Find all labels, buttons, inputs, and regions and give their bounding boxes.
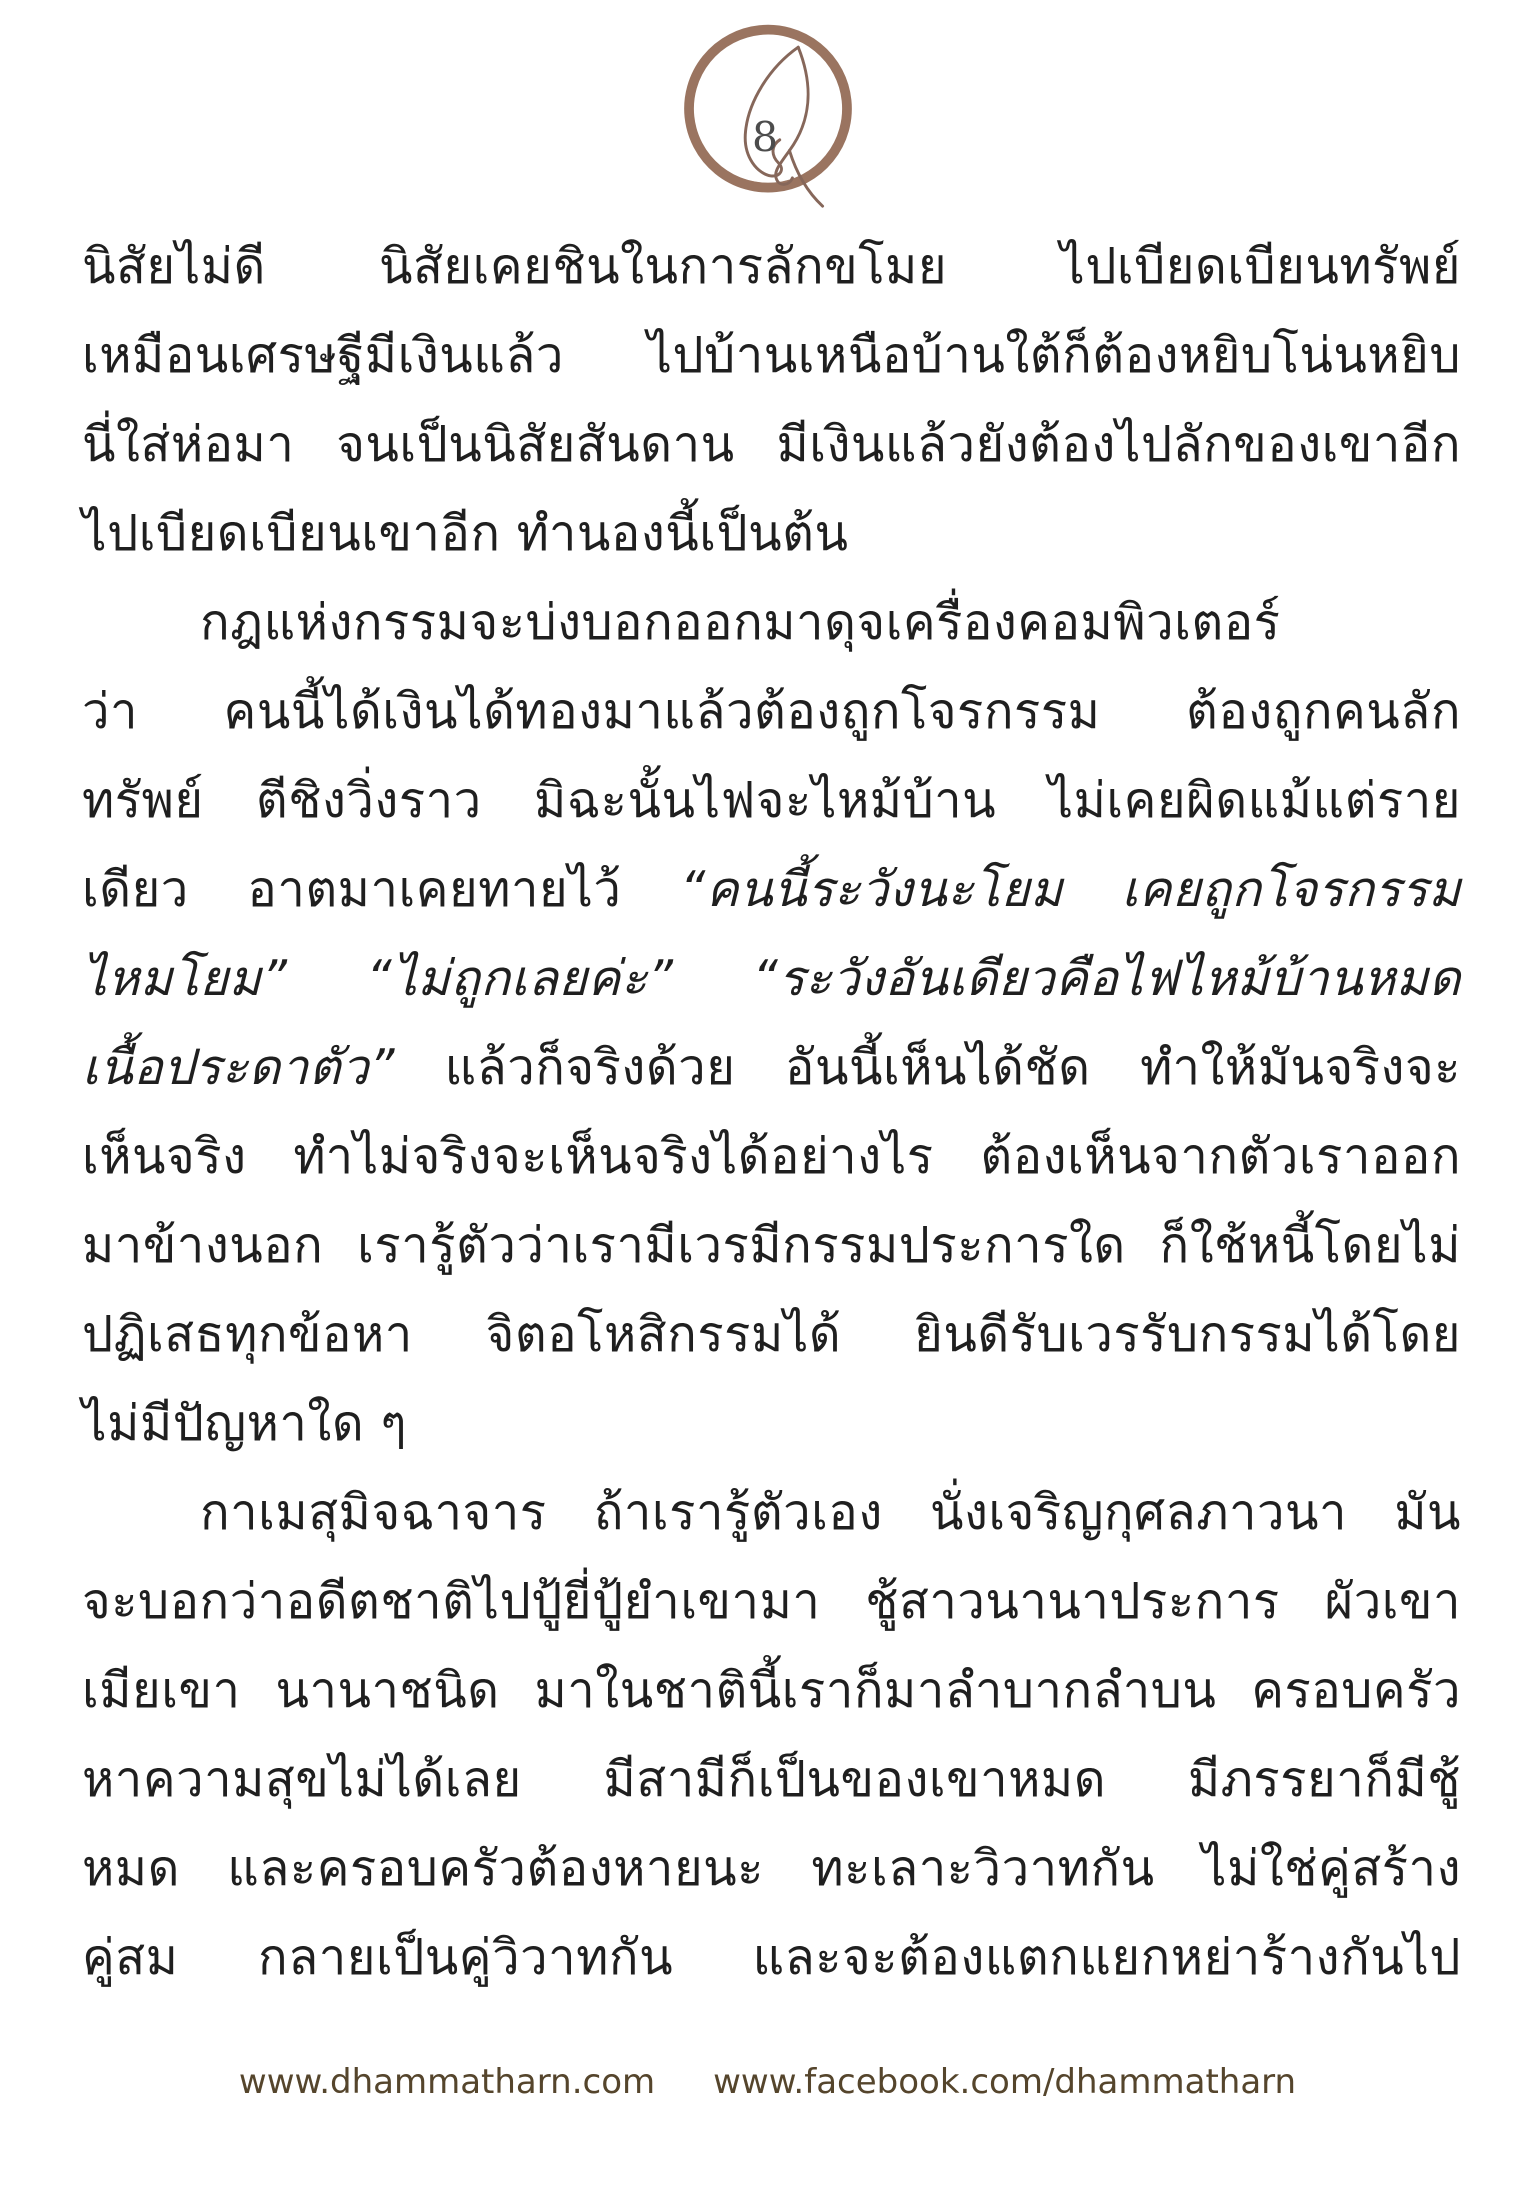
page-footer: www.dhammatharn.com www.facebook.com/dha… bbox=[0, 2062, 1535, 2102]
text-line: ทรัพย์ ตีชิงวิ่งราว มิฉะนั้นไฟจะไหม้บ้าน… bbox=[82, 756, 1461, 845]
text-line: มาข้างนอก เรารู้ตัวว่าเรามีเวรมีกรรมประก… bbox=[82, 1201, 1461, 1290]
text-line: นี่ใส่ห่อมา จนเป็นนิสัยสันดาน มีเงินแล้ว… bbox=[82, 400, 1461, 489]
text-segment: ปฏิเสธทุกข้อหา จิตอโหสิกรรมได้ ยินดีรับเ… bbox=[82, 1306, 1461, 1363]
text-line: เหมือนเศรษฐีมีเงินแล้ว ไปบ้านเหนือบ้านใต… bbox=[82, 311, 1461, 400]
text-line: เดียว อาตมาเคยทายไว้ “คนนี้ระวังนะโยม เค… bbox=[82, 845, 1461, 934]
text-line: ปฏิเสธทุกข้อหา จิตอโหสิกรรมได้ ยินดีรับเ… bbox=[82, 1290, 1461, 1379]
text-segment: หมด และครอบครัวต้องหายนะ ทะเลาะวิวาทกัน … bbox=[82, 1840, 1461, 1897]
text-line: หมด และครอบครัวต้องหายนะ ทะเลาะวิวาทกัน … bbox=[82, 1824, 1461, 1913]
text-line: จะบอกว่าอดีตชาติไปปู้ยี่ปู้ยำเขามา ชู้สา… bbox=[82, 1557, 1461, 1646]
quoted-text: “คนนี้ระวังนะโยม เคยถูกโจรกรรม bbox=[680, 861, 1461, 918]
book-page: 8 นิสัยไม่ดี นิสัยเคยชินในการลักขโมย ไปเ… bbox=[0, 0, 1535, 2185]
text-segment: เมียเขา นานาชนิด มาในชาตินี้เราก็มาลำบาก… bbox=[82, 1662, 1461, 1719]
text-line: กาเมสุมิจฉาจาร ถ้าเรารู้ตัวเอง นั่งเจริญ… bbox=[82, 1468, 1461, 1557]
text-segment: มาข้างนอก เรารู้ตัวว่าเรามีเวรมีกรรมประก… bbox=[82, 1217, 1461, 1274]
paragraph: กาเมสุมิจฉาจาร ถ้าเรารู้ตัวเอง นั่งเจริญ… bbox=[82, 1468, 1461, 2002]
text-segment: เหมือนเศรษฐีมีเงินแล้ว ไปบ้านเหนือบ้านใต… bbox=[82, 327, 1461, 384]
paragraph: นิสัยไม่ดี นิสัยเคยชินในการลักขโมย ไปเบี… bbox=[82, 222, 1461, 578]
text-segment: กาเมสุมิจฉาจาร ถ้าเรารู้ตัวเอง นั่งเจริญ… bbox=[200, 1484, 1461, 1541]
text-segment: เห็นจริง ทำไม่จริงจะเห็นจริงได้อย่างไร ต… bbox=[82, 1128, 1461, 1185]
paragraph: กฎแห่งกรรมจะบ่งบอกออกมาดุจเครื่องคอมพิวเ… bbox=[82, 578, 1461, 1468]
text-line: เมียเขา นานาชนิด มาในชาตินี้เราก็มาลำบาก… bbox=[82, 1646, 1461, 1735]
text-segment: นิสัยไม่ดี นิสัยเคยชินในการลักขโมย ไปเบี… bbox=[82, 238, 1461, 295]
text-line: ไปเบียดเบียนเขาอีก ทำนองนี้เป็นต้น bbox=[82, 489, 1461, 578]
text-segment: หาความสุขไม่ได้เลย มีสามีก็เป็นของเขาหมด… bbox=[82, 1751, 1461, 1808]
text-segment: กฎแห่งกรรมจะบ่งบอกออกมาดุจเครื่องคอมพิวเ… bbox=[200, 594, 1280, 651]
website-link[interactable]: www.dhammatharn.com bbox=[239, 2062, 655, 2102]
text-line: เนื้อประดาตัว” แล้วก็จริงด้วย อันนี้เห็น… bbox=[82, 1023, 1461, 1112]
text-line: นิสัยไม่ดี นิสัยเคยชินในการลักขโมย ไปเบี… bbox=[82, 222, 1461, 311]
facebook-link[interactable]: www.facebook.com/dhammatharn bbox=[713, 2062, 1296, 2102]
quoted-text: ไหมโยม” “ไม่ถูกเลยค่ะ” “ระวังอันเดียวคือ… bbox=[82, 950, 1461, 1007]
page-header-logo: 8 bbox=[670, 12, 865, 217]
text-segment: ไม่มีปัญหาใด ๆ bbox=[82, 1395, 407, 1452]
text-segment: จะบอกว่าอดีตชาติไปปู้ยี่ปู้ยำเขามา ชู้สา… bbox=[82, 1573, 1461, 1630]
quoted-text: เนื้อประดาตัว” bbox=[82, 1039, 395, 1096]
logo-circle bbox=[681, 22, 855, 196]
page-number: 8 bbox=[752, 114, 778, 162]
text-segment: ไปเบียดเบียนเขาอีก ทำนองนี้เป็นต้น bbox=[82, 505, 848, 562]
text-segment: คู่สม กลายเป็นคู่วิวาทกัน และจะต้องแตกแย… bbox=[82, 1929, 1461, 1986]
text-line: ว่า คนนี้ได้เงินได้ทองมาแล้วต้องถูกโจรกร… bbox=[82, 667, 1461, 756]
text-segment: ว่า คนนี้ได้เงินได้ทองมาแล้วต้องถูกโจรกร… bbox=[82, 683, 1461, 740]
text-line: หาความสุขไม่ได้เลย มีสามีก็เป็นของเขาหมด… bbox=[82, 1735, 1461, 1824]
body-text: นิสัยไม่ดี นิสัยเคยชินในการลักขโมย ไปเบี… bbox=[82, 222, 1461, 2002]
text-line: กฎแห่งกรรมจะบ่งบอกออกมาดุจเครื่องคอมพิวเ… bbox=[82, 578, 1461, 667]
text-line: ไหมโยม” “ไม่ถูกเลยค่ะ” “ระวังอันเดียวคือ… bbox=[82, 934, 1461, 1023]
text-segment: นี่ใส่ห่อมา จนเป็นนิสัยสันดาน มีเงินแล้ว… bbox=[82, 416, 1461, 473]
bodhi-leaf-logo: 8 bbox=[670, 12, 865, 217]
text-segment: แล้วก็จริงด้วย อันนี้เห็นได้ชัด ทำให้มัน… bbox=[395, 1039, 1461, 1096]
text-line: ไม่มีปัญหาใด ๆ bbox=[82, 1379, 1461, 1468]
text-line: เห็นจริง ทำไม่จริงจะเห็นจริงได้อย่างไร ต… bbox=[82, 1112, 1461, 1201]
text-segment: ทรัพย์ ตีชิงวิ่งราว มิฉะนั้นไฟจะไหม้บ้าน… bbox=[82, 772, 1461, 829]
text-segment: เดียว อาตมาเคยทายไว้ bbox=[82, 861, 680, 918]
text-line: คู่สม กลายเป็นคู่วิวาทกัน และจะต้องแตกแย… bbox=[82, 1913, 1461, 2002]
